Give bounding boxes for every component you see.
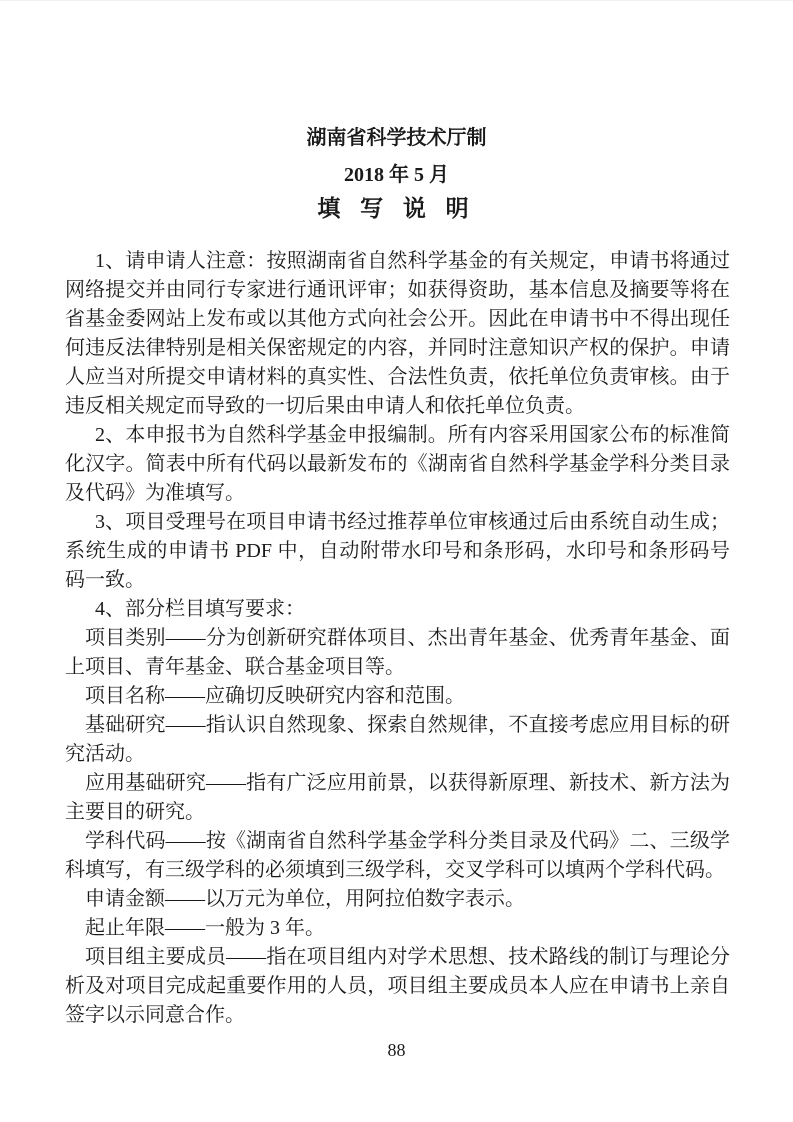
paragraph: 项目类别——分为创新研究群体项目、杰出青年基金、优秀青年基金、面上项目、青年基金…	[65, 624, 730, 682]
paragraph: 3、项目受理号在项目申请书经过推荐单位审核通过后由系统自动生成；系统生成的申请书…	[65, 508, 730, 595]
paragraph: 项目名称——应确切反映研究内容和范围。	[65, 682, 730, 711]
page-title: 填 写 说 明	[0, 196, 793, 222]
instructions-text: 1、请申请人注意：按照湖南省自然科学基金的有关规定，申请书将通过网络提交并由同行…	[65, 247, 730, 1030]
paragraph: 项目组主要成员——指在项目组内对学术思想、技术路线的制订与理论分析及对项目完成起…	[65, 943, 730, 1030]
paragraph: 2、本申报书为自然科学基金申报编制。所有内容采用国家公布的标准简化汉字。简表中所…	[65, 421, 730, 508]
paragraph: 学科代码——按《湖南省自然科学基金学科分类目录及代码》二、三级学科填写，有三级学…	[65, 827, 730, 885]
date-line: 2018 年 5 月	[0, 164, 793, 186]
document-header: 湖南省科学技术厅制 2018 年 5 月 填 写 说 明	[0, 127, 793, 222]
publisher-line: 湖南省科学技术厅制	[0, 127, 793, 149]
document-page: 湖南省科学技术厅制 2018 年 5 月 填 写 说 明 1、请申请人注意：按照…	[0, 0, 793, 1122]
paragraph: 应用基础研究——指有广泛应用前景，以获得新原理、新技术、新方法为主要目的研究。	[65, 769, 730, 827]
page-number: 88	[388, 1040, 406, 1060]
paragraph: 1、请申请人注意：按照湖南省自然科学基金的有关规定，申请书将通过网络提交并由同行…	[65, 247, 730, 421]
paragraph: 起止年限——一般为 3 年。	[65, 914, 730, 943]
paragraph: 4、部分栏目填写要求：	[65, 595, 730, 624]
paragraph: 基础研究——指认识自然现象、探索自然规律，不直接考虑应用目标的研究活动。	[65, 711, 730, 769]
paragraph: 申请金额——以万元为单位，用阿拉伯数字表示。	[65, 885, 730, 914]
page-footer: 88	[0, 1039, 793, 1061]
